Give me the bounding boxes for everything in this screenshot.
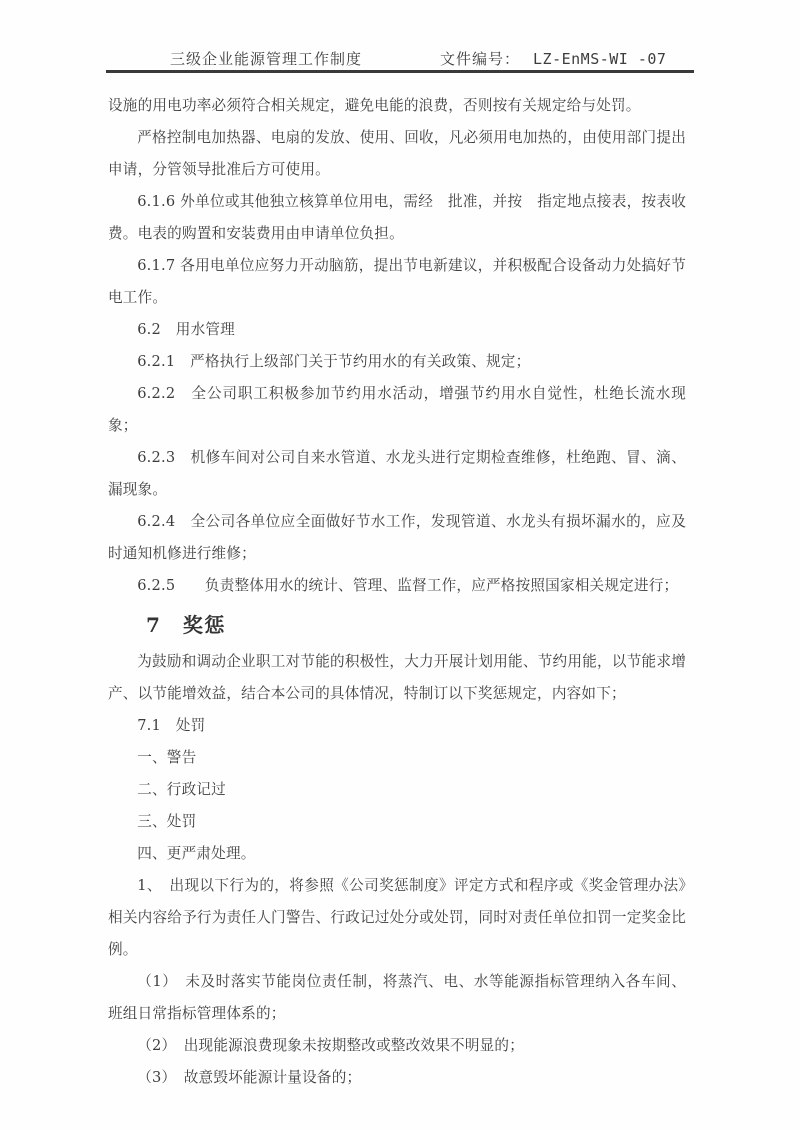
paragraph: 6.2.3 机修车间对公司自来水管道、水龙头进行定期检查维修，杜绝跑、冒、滴、漏… [108, 442, 686, 506]
paragraph: （1） 未及时落实节能岗位责任制，将蒸汽、电、水等能源指标管理纳入各车间、班组日… [108, 966, 686, 1030]
paragraph: 三、处罚 [108, 806, 686, 838]
paragraph: 1、 出现以下行为的，将参照《公司奖惩制度》评定方式和程序或《奖金管理办法》相关… [108, 870, 686, 966]
paragraph: 严格控制电加热器、电扇的发放、使用、回收，凡必须用电加热的，由使用部门提出申请，… [108, 122, 686, 186]
paragraph: 6.2.4 全公司各单位应全面做好节水工作，发现管道、水龙头有损坏漏水的，应及时… [108, 506, 686, 570]
page-header: 三级企业能源管理工作制度 文件编号：LZ-EnMS-WI -07 [106, 46, 694, 73]
paragraph: （3） 故意毁坏能源计量设备的； [108, 1062, 686, 1094]
document-page: 三级企业能源管理工作制度 文件编号：LZ-EnMS-WI -07 设施的用电功率… [0, 0, 800, 1130]
doc-number-label: 文件编号： [440, 50, 520, 68]
paragraph: （2） 出现能源浪费现象未按期整改或整改效果不明显的； [108, 1030, 686, 1062]
paragraph: 二、行政记过 [108, 774, 686, 806]
section-heading: 7 奖惩 [108, 605, 686, 645]
paragraph: 6.1.6 外单位或其他独立核算单位用电，需经 批准，并按 指定地点接表，按表收… [108, 186, 686, 250]
paragraph: 为鼓励和调动企业职工对节能的积极性，大力开展计划用能、节约用能，以节能求增产、以… [108, 646, 686, 710]
document-body: 设施的用电功率必须符合相关规定，避免电能的浪费，否则按有关规定给与处罚。严格控制… [108, 90, 686, 1094]
paragraph: 7.1 处罚 [108, 710, 686, 742]
doc-title: 三级企业能源管理工作制度 [170, 48, 362, 69]
paragraph: 四、更严肃处理。 [108, 838, 686, 870]
paragraph: 6.2 用水管理 [108, 314, 686, 346]
doc-number: 文件编号：LZ-EnMS-WI -07 [440, 48, 666, 69]
paragraph: 6.2.1 严格执行上级部门关于节约用水的有关政策、规定； [108, 346, 686, 378]
doc-number-value: LZ-EnMS-WI -07 [533, 50, 666, 68]
paragraph: 6.2.2 全公司职工积极参加节约用水活动，增强节约用水自觉性，杜绝长流水现象； [108, 378, 686, 442]
paragraph: 设施的用电功率必须符合相关规定，避免电能的浪费，否则按有关规定给与处罚。 [108, 90, 686, 122]
paragraph: 6.2.5 负责整体用水的统计、管理、监督工作，应严格按照国家相关规定进行； [108, 570, 686, 602]
paragraph: 一、警告 [108, 742, 686, 774]
paragraph: 6.1.7 各用电单位应努力开动脑筋，提出节电新建议，并积极配合设备动力处搞好节… [108, 250, 686, 314]
